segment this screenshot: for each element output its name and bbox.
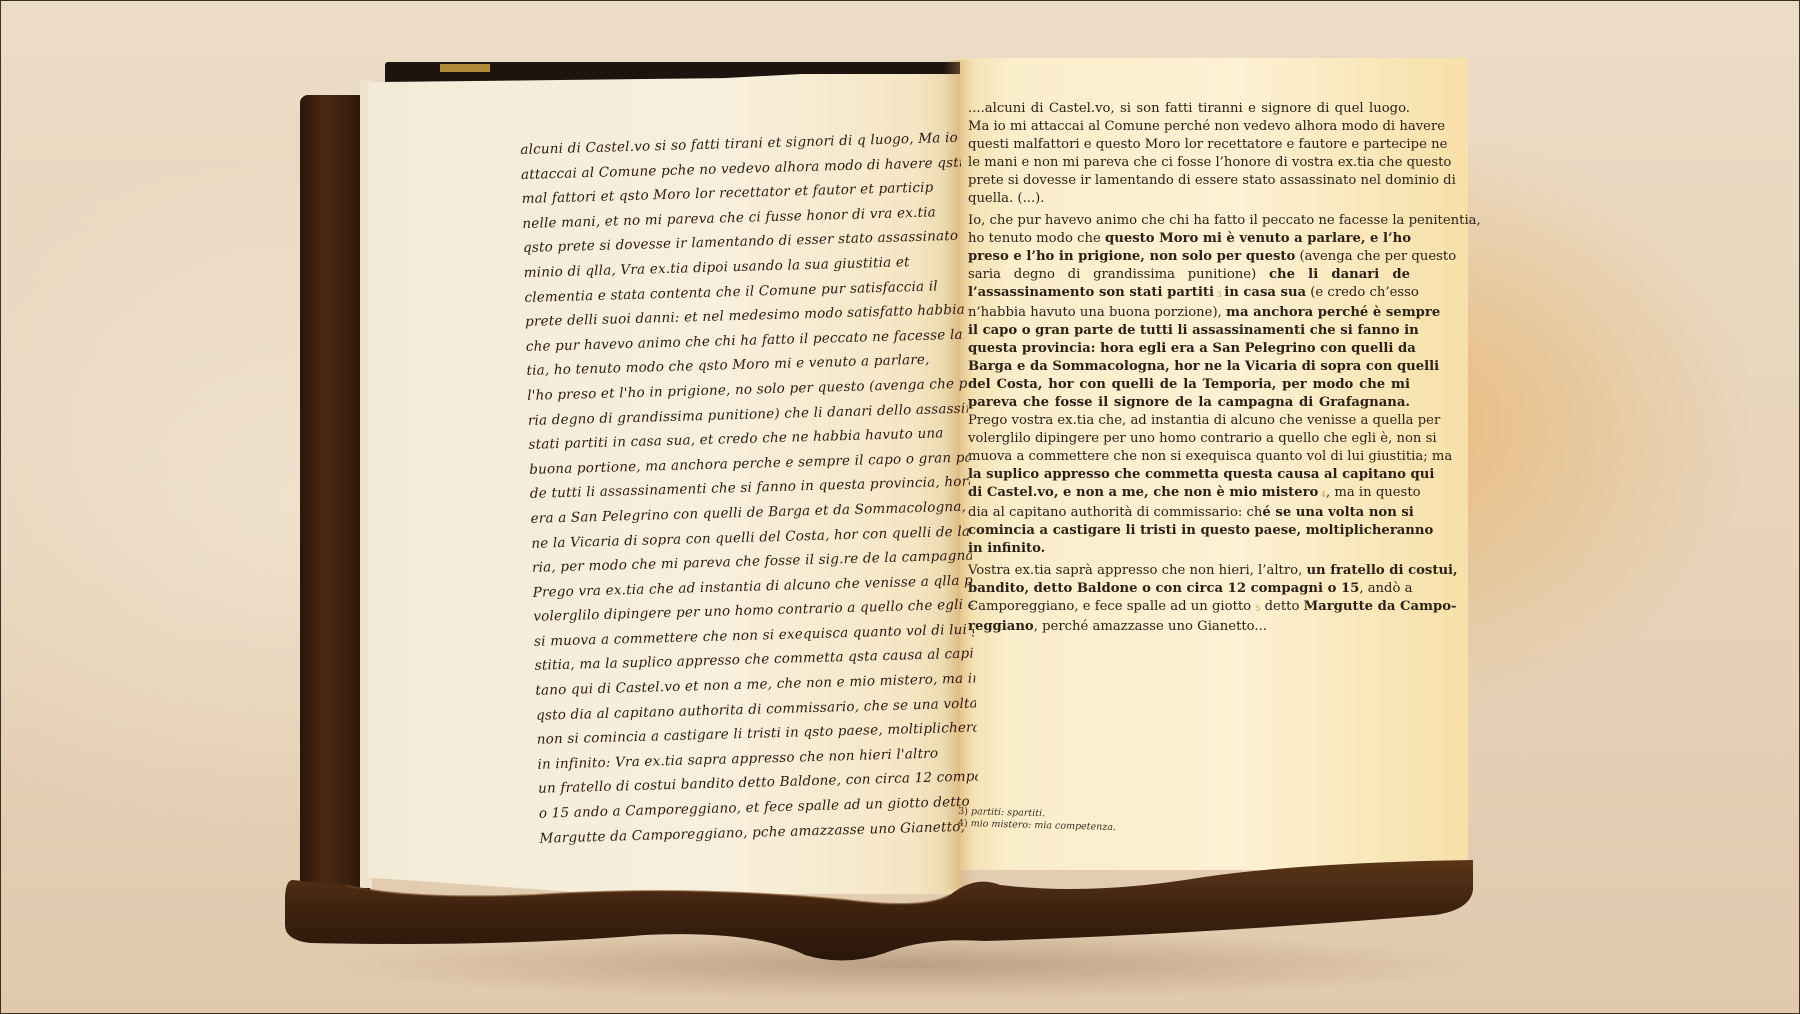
text: , perché amazzasse uno Gianetto... xyxy=(1034,619,1267,634)
transcription-line: Barga e da Sommacologna, hor ne la Vicar… xyxy=(968,358,1410,376)
bold-text: Margutte da Campo- xyxy=(1304,599,1457,614)
bold-text: di Castel.vo, e non a me, che non è mio … xyxy=(968,485,1318,500)
bold-text: un fratello di costui, xyxy=(1306,563,1457,578)
transcription-line: del Costa, hor con quelli de la Temporia… xyxy=(968,376,1410,394)
text: Prego vostra ex.tia che, ad instantia di… xyxy=(968,413,1440,428)
transcription-line: questa provincia: hora egli era a San Pe… xyxy=(968,340,1410,358)
footnote-gloss: mia competenza. xyxy=(1034,820,1116,833)
transcription-line: prete si dovesse ir lamentando di essere… xyxy=(968,172,1410,190)
text: prete si dovesse ir lamentando di essere… xyxy=(968,173,1456,188)
bold-text: l’assassinamento son stati partiti xyxy=(968,285,1214,300)
bold-text: in casa sua xyxy=(1224,285,1306,300)
transcription-line: la suplico appresso che commetta questa … xyxy=(968,466,1410,484)
transcription-line: le mani e non mi pareva che ci fosse l’h… xyxy=(968,154,1410,172)
text: muova a commettere che non si exequisca … xyxy=(968,449,1452,464)
transcription-line: pareva che fosse il signore de la campag… xyxy=(968,394,1410,412)
text: dia al capitano authorità di commissario… xyxy=(968,505,1262,520)
text: Vostra ex.tia saprà appresso che non hie… xyxy=(968,563,1306,578)
transcription-line: comincia a castigare li tristi in questo… xyxy=(968,522,1410,540)
transcription-line: l’assassinamento son stati partiti 3 in … xyxy=(968,284,1410,304)
text: detto xyxy=(1260,599,1303,614)
footnote-marker: 3 xyxy=(1214,290,1224,299)
bold-text: che li danari de xyxy=(1269,267,1410,282)
text: Camporeggiano, e fece spalle ad un giott… xyxy=(968,599,1255,614)
transcription-line: il capo o gran parte de tutti li assassi… xyxy=(968,322,1410,340)
bold-text: del Costa, hor con quelli de la Temporia… xyxy=(968,377,1410,392)
text: Io, che pur havevo animo che chi ha fatt… xyxy=(968,213,1481,228)
transcription-line: ho tenuto modo che questo Moro mi è venu… xyxy=(968,230,1410,248)
transcription-line: ....alcuni di Castel.vo, si son fatti ti… xyxy=(968,100,1410,118)
transcription-line: saria degno di grandissima punitione) ch… xyxy=(968,266,1410,284)
transcription-line: dia al capitano authorità di commissario… xyxy=(968,504,1410,522)
transcription-line: preso e l’ho in prigione, non solo per q… xyxy=(968,248,1410,266)
footnote-marker: 4 xyxy=(1318,490,1326,499)
transcription-line: Vostra ex.tia saprà appresso che non hie… xyxy=(968,562,1410,580)
transcription-line: muova a commettere che non si exequisca … xyxy=(968,448,1410,466)
transcription-line: questi malfattori e questo Moro lor rece… xyxy=(968,136,1410,154)
footnote-number: 4) xyxy=(958,818,971,829)
bold-text: ma anchora perché è sempre xyxy=(1226,305,1440,320)
handwritten-manuscript: alcuni di Castel.vo si so fatti tirani e… xyxy=(520,126,980,851)
bold-text: Barga e da Sommacologna, hor ne la Vicar… xyxy=(968,359,1439,374)
text: (avenga che per questo xyxy=(1295,249,1456,264)
text: quella. (...). xyxy=(968,191,1044,206)
transcription-line: bandito, detto Baldone o con circa 12 co… xyxy=(968,580,1410,598)
printed-transcription: ....alcuni di Castel.vo, si son fatti ti… xyxy=(968,100,1410,636)
bold-text: in infinito. xyxy=(968,541,1045,556)
text: n’habbia havuto una buona porzione), xyxy=(968,305,1226,320)
transcription-line: quella. (...). xyxy=(968,190,1410,208)
bold-text: la suplico appresso che commetta questa … xyxy=(968,467,1434,482)
text: le mani e non mi pareva che ci fosse l’h… xyxy=(968,155,1451,170)
text: ho tenuto modo che xyxy=(968,231,1105,246)
transcription-line: Io, che pur havevo animo che chi ha fatt… xyxy=(968,212,1410,230)
bold-text: bandito, detto Baldone o con circa 12 co… xyxy=(968,581,1359,596)
bold-text: questa provincia: hora egli era a San Pe… xyxy=(968,341,1416,356)
footnote-term: mio mistero: xyxy=(971,818,1035,831)
transcription-line: Prego vostra ex.tia che, ad instantia di… xyxy=(968,412,1410,430)
wooden-shelf-shape xyxy=(285,855,1475,965)
text: Ma io mi attaccai al Comune perché non v… xyxy=(968,119,1445,134)
bold-text: questo Moro mi è venuto a parlare, e l’h… xyxy=(1105,231,1411,246)
bold-text: comincia a castigare li tristi in questo… xyxy=(968,523,1433,538)
book-stand-shelf xyxy=(285,855,1475,965)
footnote-number: 3) xyxy=(958,806,971,817)
transcription-line: n’habbia havuto una buona porzione), ma … xyxy=(968,304,1410,322)
text: (e credo ch’esso xyxy=(1306,285,1419,300)
transcription-line: in infinito. xyxy=(968,540,1410,558)
bold-text: é se una volta non si xyxy=(1262,505,1413,520)
text: questi malfattori e questo Moro lor rece… xyxy=(968,137,1447,152)
bold-text: reggiano xyxy=(968,619,1034,634)
bold-text: il capo o gran parte de tutti li assassi… xyxy=(968,323,1419,338)
transcription-line: Camporeggiano, e fece spalle ad un giott… xyxy=(968,598,1410,618)
text: , andò a xyxy=(1359,581,1412,596)
text: volerglilo dipingere per uno homo contra… xyxy=(968,431,1437,446)
text: saria degno di grandissima punitione) xyxy=(968,267,1269,282)
text: ....alcuni di Castel.vo, si son fatti ti… xyxy=(968,101,1410,116)
transcription-line: di Castel.vo, e non a me, che non è mio … xyxy=(968,484,1410,504)
transcription-line: Ma io mi attaccai al Comune perché non v… xyxy=(968,118,1410,136)
bold-text: pareva che fosse il signore de la campag… xyxy=(968,395,1410,410)
bold-text: preso e l’ho in prigione, non solo per q… xyxy=(968,249,1295,264)
text: , ma in questo xyxy=(1326,485,1421,500)
book-cover-gilt-detail xyxy=(440,64,490,72)
footnote-term: partiti: xyxy=(971,806,1007,818)
transcription-line: reggiano, perché amazzasse uno Gianetto.… xyxy=(968,618,1410,636)
transcription-line: volerglilo dipingere per uno homo contra… xyxy=(968,430,1410,448)
footnote-gloss: spartiti. xyxy=(1007,807,1045,819)
footnotes: 3) partiti: spartiti.4) mio mistero: mia… xyxy=(958,806,1117,834)
